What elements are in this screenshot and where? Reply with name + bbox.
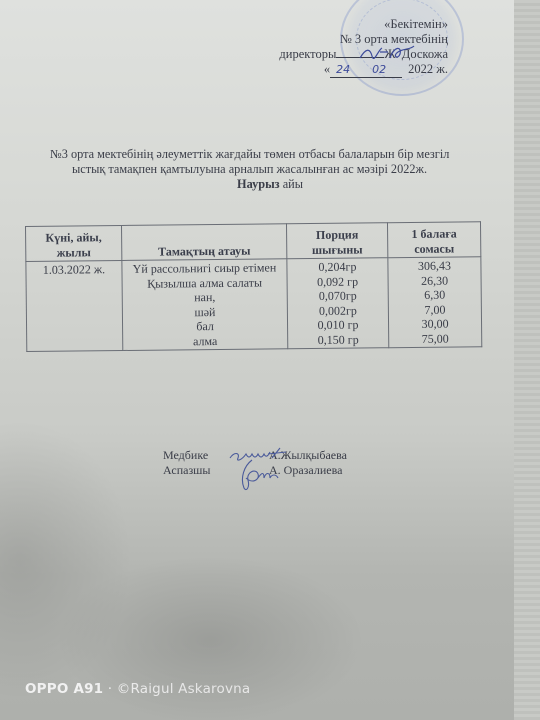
approval-year: 2022 ж. bbox=[408, 62, 448, 76]
portion-item: 0,204гр bbox=[291, 259, 383, 274]
portion-item: 0,002гр bbox=[292, 303, 384, 318]
director-signature-icon bbox=[358, 44, 416, 62]
dish-item: шәй bbox=[127, 304, 283, 320]
dish-item: Қызылша алма салаты bbox=[127, 275, 283, 291]
portion-item: 0,150 гр bbox=[292, 332, 384, 347]
document-page: «Бекітемін» № 3 орта мектебінің директор… bbox=[0, 0, 514, 720]
cell-dishes: Үй рассольнигі сиыр етімен Қызылша алма … bbox=[122, 259, 288, 351]
menu-table: Күні, айы, жылы Тамақтың атауы Порция шы… bbox=[25, 221, 482, 352]
dish-item: нан, bbox=[127, 289, 283, 305]
sum-item: 26,30 bbox=[393, 273, 477, 288]
document-title: №3 орта мектебінің әлеуметтік жағдайы тө… bbox=[50, 147, 490, 192]
sum-item: 30,00 bbox=[393, 316, 477, 331]
dish-item: бал bbox=[127, 318, 283, 334]
cell-sums: 306,43 26,30 6,30 7,00 30,00 75,00 bbox=[388, 257, 482, 348]
watermark-device: OPPO A91 bbox=[25, 681, 103, 697]
dish-item: алма bbox=[127, 333, 283, 349]
table-row: 1.03.2022 ж. Үй рассольнигі сиыр етімен … bbox=[26, 257, 482, 352]
table-header-row: Күні, айы, жылы Тамақтың атауы Порция шы… bbox=[26, 222, 481, 262]
portion-item: 0,010 гр bbox=[292, 317, 384, 332]
cell-date: 1.03.2022 ж. bbox=[26, 260, 123, 351]
title-line-1: №3 орта мектебінің әлеуметтік жағдайы тө… bbox=[50, 147, 490, 162]
header-date: Күні, айы, жылы bbox=[26, 225, 122, 261]
sum-item: 7,00 bbox=[393, 302, 477, 317]
approval-date: «24022022 ж. bbox=[279, 62, 448, 78]
camera-watermark: OPPO A91 · ©Raigul Askarovna bbox=[25, 681, 250, 697]
title-line-2: ыстық тамақпен қамтылуына арналып жасалы… bbox=[50, 162, 490, 177]
background-surface bbox=[514, 0, 540, 720]
sum-item: 306,43 bbox=[392, 258, 476, 273]
portion-item: 0,070гр bbox=[292, 288, 384, 303]
cell-portions: 0,204гр 0,092 гр 0,070гр 0,002гр 0,010 г… bbox=[287, 258, 389, 349]
header-portion: Порция шығыны bbox=[286, 223, 387, 259]
portion-item: 0,092 гр bbox=[292, 274, 384, 289]
header-dish: Тамақтың атауы bbox=[121, 224, 286, 261]
cook-signature-icon bbox=[232, 458, 282, 494]
approval-heading: «Бекітемін» bbox=[279, 17, 448, 32]
sum-item: 6,30 bbox=[393, 287, 477, 302]
dish-item: Үй рассольнигі сиыр етімен bbox=[126, 260, 282, 276]
watermark-author: ©Raigul Askarovna bbox=[117, 681, 251, 697]
handwritten-day: 24 bbox=[336, 63, 350, 76]
sum-item: 75,00 bbox=[393, 331, 477, 346]
month-heading: Наурыз айы bbox=[50, 177, 490, 192]
handwritten-month: 02 bbox=[372, 63, 386, 76]
header-sum: 1 балаға сомасы bbox=[387, 222, 480, 258]
